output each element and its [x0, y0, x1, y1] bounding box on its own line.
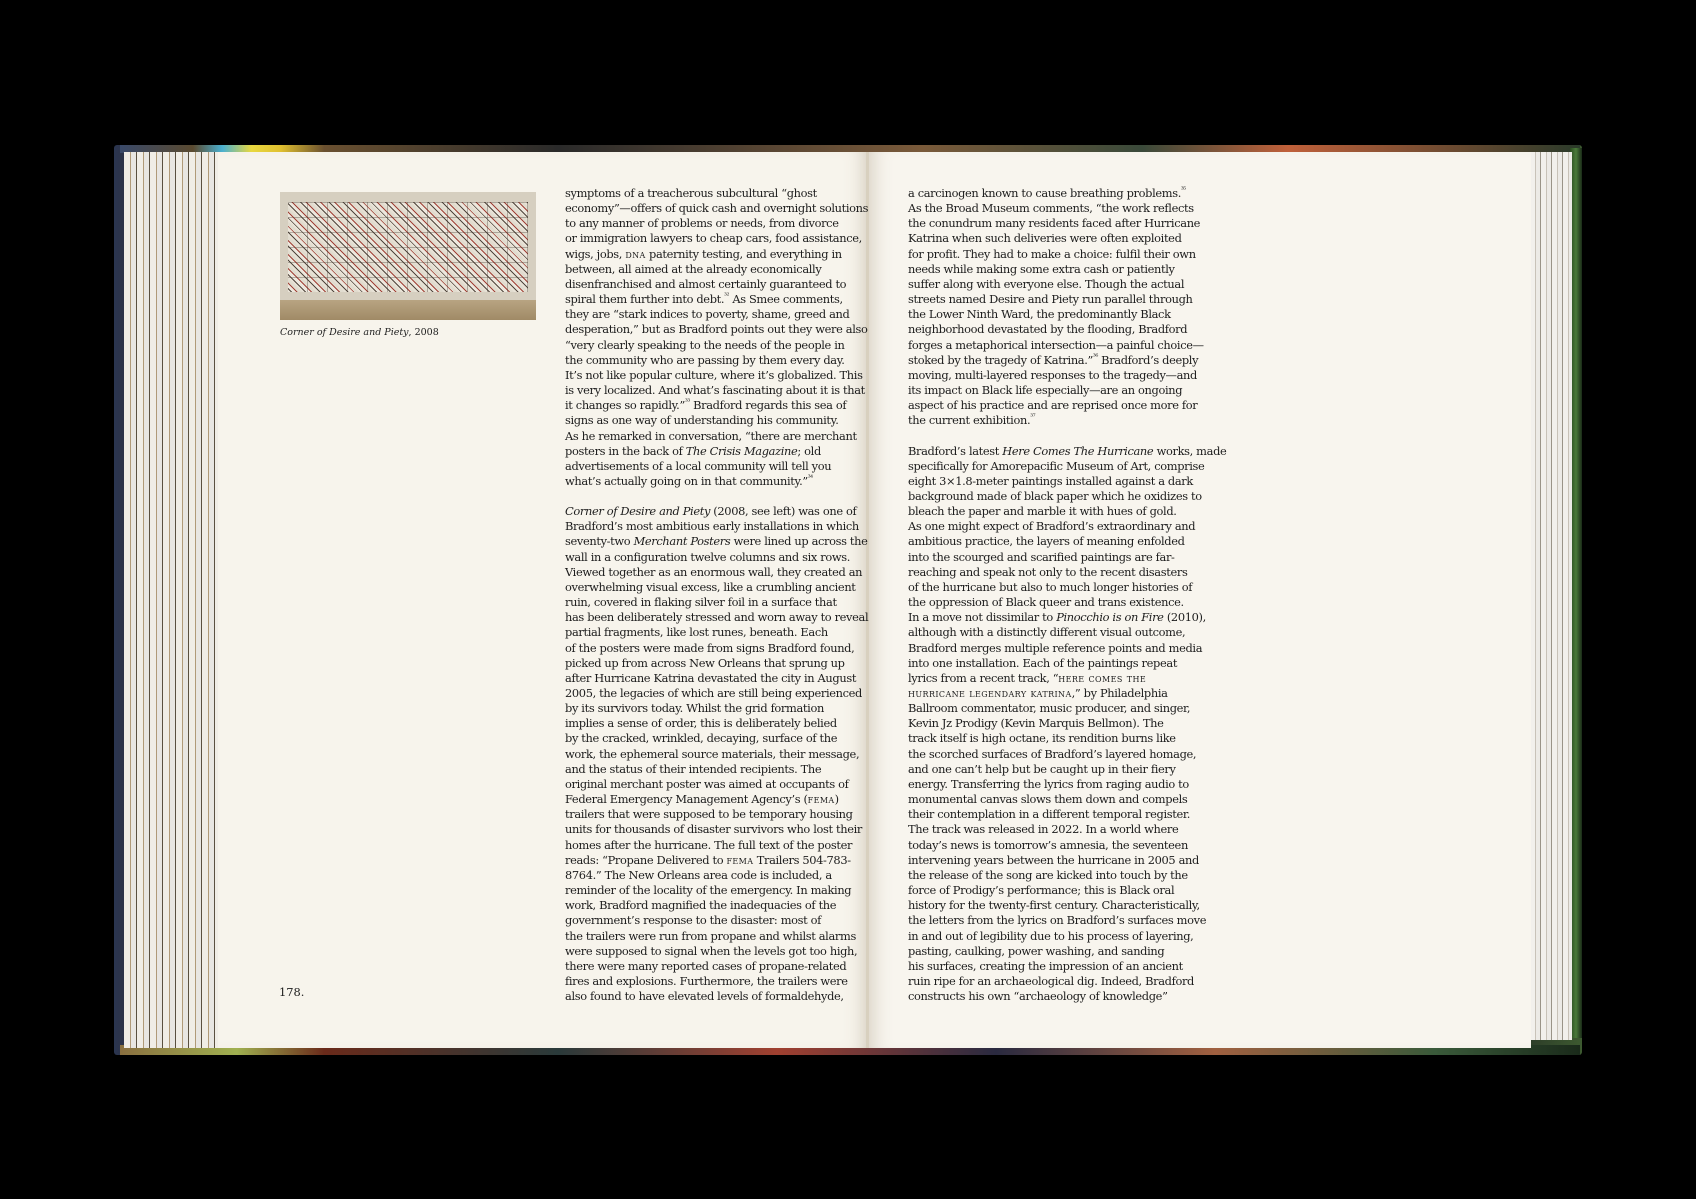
text-line: desperation,” but as Bradford points out…: [565, 322, 850, 337]
text-line: their contemplation in a different tempo…: [908, 807, 1193, 822]
text-line: specifically for Amorepacific Museum of …: [908, 459, 1193, 474]
text-line: reminder of the locality of the emergenc…: [565, 883, 850, 898]
paragraph-1: a carcinogen known to cause breathing pr…: [908, 186, 1193, 429]
text-line: after Hurricane Katrina devastated the c…: [565, 671, 850, 686]
text-line: ruin, covered in flaking silver foil in …: [565, 595, 850, 610]
body-column-middle: symptoms of a treacherous subcultural “g…: [565, 186, 850, 1004]
text-line: Ballroom commentator, music producer, an…: [908, 701, 1193, 716]
text-line: eight 3×1.8-meter paintings installed ag…: [908, 474, 1193, 489]
text-line: fires and explosions. Furthermore, the t…: [565, 974, 850, 989]
text-line: monumental canvas slows them down and co…: [908, 792, 1193, 807]
text-line: of the posters were made from signs Brad…: [565, 641, 850, 656]
text-line: ruin ripe for an archaeological dig. Ind…: [908, 974, 1193, 989]
text-line: stoked by the tragedy of Katrina.”³⁶ Bra…: [908, 353, 1193, 368]
text-line: what’s actually going on in that communi…: [565, 474, 850, 489]
text-line: neighborhood devastated by the flooding,…: [908, 322, 1193, 337]
text-line: streets named Desire and Piety run paral…: [908, 292, 1193, 307]
text-line: the letters from the lyrics on Bradford’…: [908, 913, 1193, 928]
text-line: of the hurricane but also to much longer…: [908, 580, 1193, 595]
text-line: economy”—offers of quick cash and overni…: [565, 201, 850, 216]
text-line: the Lower Ninth Ward, the predominantly …: [908, 307, 1193, 322]
text-line: overwhelming visual excess, like a crumb…: [565, 580, 850, 595]
text-line: lyrics from a recent track, “HERE COMES …: [908, 671, 1193, 686]
text-line: his surfaces, creating the impression of…: [908, 959, 1193, 974]
artwork-photo: [280, 192, 536, 320]
figure-caption: Corner of Desire and Piety, 2008: [280, 327, 439, 338]
paragraph-2: Bradford’s latest Here Comes The Hurrica…: [908, 444, 1193, 1005]
text-line: the scorched surfaces of Bradford’s laye…: [908, 747, 1193, 762]
text-line: reaching and speak not only to the recen…: [908, 565, 1193, 580]
text-line: The track was released in 2022. In a wor…: [908, 822, 1193, 837]
text-line: Bradford’s most ambitious early installa…: [565, 519, 850, 534]
text-line: the release of the song are kicked into …: [908, 868, 1193, 883]
right-page-stack: [1530, 152, 1572, 1040]
text-line: ambitious practice, the layers of meanin…: [908, 534, 1193, 549]
text-line: picked up from across New Orleans that s…: [565, 656, 850, 671]
text-line: trailers that were supposed to be tempor…: [565, 807, 850, 822]
text-line: homes after the hurricane. The full text…: [565, 838, 850, 853]
text-line: there were many reported cases of propan…: [565, 959, 850, 974]
text-line: suffer along with everyone else. Though …: [908, 277, 1193, 292]
text-line: and one can’t help but be caught up in t…: [908, 762, 1193, 777]
text-line: As one might expect of Bradford’s extrao…: [908, 519, 1193, 534]
text-line: reads: “Propane Delivered to FEMA Traile…: [565, 853, 850, 868]
text-line: spiral them further into debt.³² As Smee…: [565, 292, 850, 307]
text-line: they are “stark indices to poverty, sham…: [565, 307, 850, 322]
text-line: Bradford’s latest Here Comes The Hurrica…: [908, 444, 1193, 459]
text-line: also found to have elevated levels of fo…: [565, 989, 850, 1004]
text-line: aspect of his practice and are reprised …: [908, 398, 1193, 413]
text-line: partial fragments, like lost runes, bene…: [565, 625, 850, 640]
text-line: background made of black paper which he …: [908, 489, 1193, 504]
text-line: symptoms of a treacherous subcultural “g…: [565, 186, 850, 201]
text-line: the current exhibition.³⁷: [908, 413, 1193, 428]
text-line: by its survivors today. Whilst the grid …: [565, 701, 850, 716]
text-line: posters in the back of The Crisis Magazi…: [565, 444, 850, 459]
text-line: the trailers were run from propane and w…: [565, 929, 850, 944]
merchant-posters-grid: [288, 202, 528, 292]
text-line: needs while making some extra cash or pa…: [908, 262, 1193, 277]
text-line: Corner of Desire and Piety (2008, see le…: [565, 504, 850, 519]
text-line: In a move not dissimilar to Pinocchio is…: [908, 610, 1193, 625]
text-line: advertisements of a local community will…: [565, 459, 850, 474]
text-line: intervening years between the hurricane …: [908, 853, 1193, 868]
text-line: Bradford merges multiple reference point…: [908, 641, 1193, 656]
text-line: pasting, caulking, power washing, and sa…: [908, 944, 1193, 959]
text-line: work, Bradford magnified the inadequacie…: [565, 898, 850, 913]
text-line: work, the ephemeral source materials, th…: [565, 747, 850, 762]
text-line: government’s response to the disaster: m…: [565, 913, 850, 928]
text-line: history for the twenty-first century. Ch…: [908, 898, 1193, 913]
text-line: force of Prodigy’s performance; this is …: [908, 883, 1193, 898]
text-line: disenfranchised and almost certainly gua…: [565, 277, 850, 292]
paragraph-2: Corner of Desire and Piety (2008, see le…: [565, 504, 850, 1004]
text-line: it changes so rapidly.”³³ Bradford regar…: [565, 398, 850, 413]
text-line: track itself is high octane, its renditi…: [908, 731, 1193, 746]
text-line: energy. Transferring the lyrics from rag…: [908, 777, 1193, 792]
text-line: is very localized. And what’s fascinatin…: [565, 383, 850, 398]
text-line: or immigration lawyers to cheap cars, fo…: [565, 231, 850, 246]
text-line: “very clearly speaking to the needs of t…: [565, 338, 850, 353]
left-page-stack: [124, 152, 224, 1048]
text-line: today’s news is tomorrow’s amnesia, the …: [908, 838, 1193, 853]
text-line: for profit. They had to make a choice: f…: [908, 247, 1193, 262]
text-line: implies a sense of order, this is delibe…: [565, 716, 850, 731]
text-line: Katrina when such deliveries were often …: [908, 231, 1193, 246]
text-line: were supposed to signal when the levels …: [565, 944, 850, 959]
text-line: 2005, the legacies of which are still be…: [565, 686, 850, 701]
body-column-right: a carcinogen known to cause breathing pr…: [908, 186, 1193, 1004]
text-line: between, all aimed at the already econom…: [565, 262, 850, 277]
text-line: into one installation. Each of the paint…: [908, 656, 1193, 671]
caption-year: , 2008: [409, 327, 439, 338]
text-line: its impact on Black life especially—are …: [908, 383, 1193, 398]
text-line: Viewed together as an enormous wall, the…: [565, 565, 850, 580]
text-line: the community who are passing by them ev…: [565, 353, 850, 368]
text-line: wall in a configuration twelve columns a…: [565, 550, 850, 565]
text-line: has been deliberately stressed and worn …: [565, 610, 850, 625]
text-line: to any manner of problems or needs, from…: [565, 216, 850, 231]
text-line: bleach the paper and marble it with hues…: [908, 504, 1193, 519]
gallery-floor: [280, 300, 536, 320]
text-line: As he remarked in conversation, “there a…: [565, 429, 850, 444]
text-line: constructs his own “archaeology of knowl…: [908, 989, 1193, 1004]
text-line: the oppression of Black queer and trans …: [908, 595, 1193, 610]
text-line: Federal Emergency Management Agency’s (F…: [565, 792, 850, 807]
text-line: into the scourged and scarified painting…: [908, 550, 1193, 565]
text-line: a carcinogen known to cause breathing pr…: [908, 186, 1193, 201]
text-line: although with a distinctly different vis…: [908, 625, 1193, 640]
text-line: Kevin Jz Prodigy (Kevin Marquis Bellmon)…: [908, 716, 1193, 731]
caption-title: Corner of Desire and Piety: [280, 327, 409, 338]
text-line: wigs, jobs, DNA paternity testing, and e…: [565, 247, 850, 262]
text-line: moving, multi-layered responses to the t…: [908, 368, 1193, 383]
text-line: and the status of their intended recipie…: [565, 762, 850, 777]
text-line: As the Broad Museum comments, “the work …: [908, 201, 1193, 216]
text-line: original merchant poster was aimed at oc…: [565, 777, 850, 792]
text-line: units for thousands of disaster survivor…: [565, 822, 850, 837]
paragraph-1: symptoms of a treacherous subcultural “g…: [565, 186, 850, 489]
text-line: the conundrum many residents faced after…: [908, 216, 1193, 231]
page-number: 178.: [279, 985, 304, 999]
text-line: It’s not like popular culture, where it’…: [565, 368, 850, 383]
text-line: HURRICANE LEGENDARY KATRINA,” by Philade…: [908, 686, 1193, 701]
text-line: signs as one way of understanding his co…: [565, 413, 850, 428]
text-line: by the cracked, wrinkled, decaying, surf…: [565, 731, 850, 746]
text-line: forges a metaphorical intersection—a pai…: [908, 338, 1193, 353]
book-gutter: [866, 152, 869, 1048]
text-line: 8764.” The New Orleans area code is incl…: [565, 868, 850, 883]
text-line: seventy-two Merchant Posters were lined …: [565, 534, 850, 549]
text-line: in and out of legibility due to his proc…: [908, 929, 1193, 944]
